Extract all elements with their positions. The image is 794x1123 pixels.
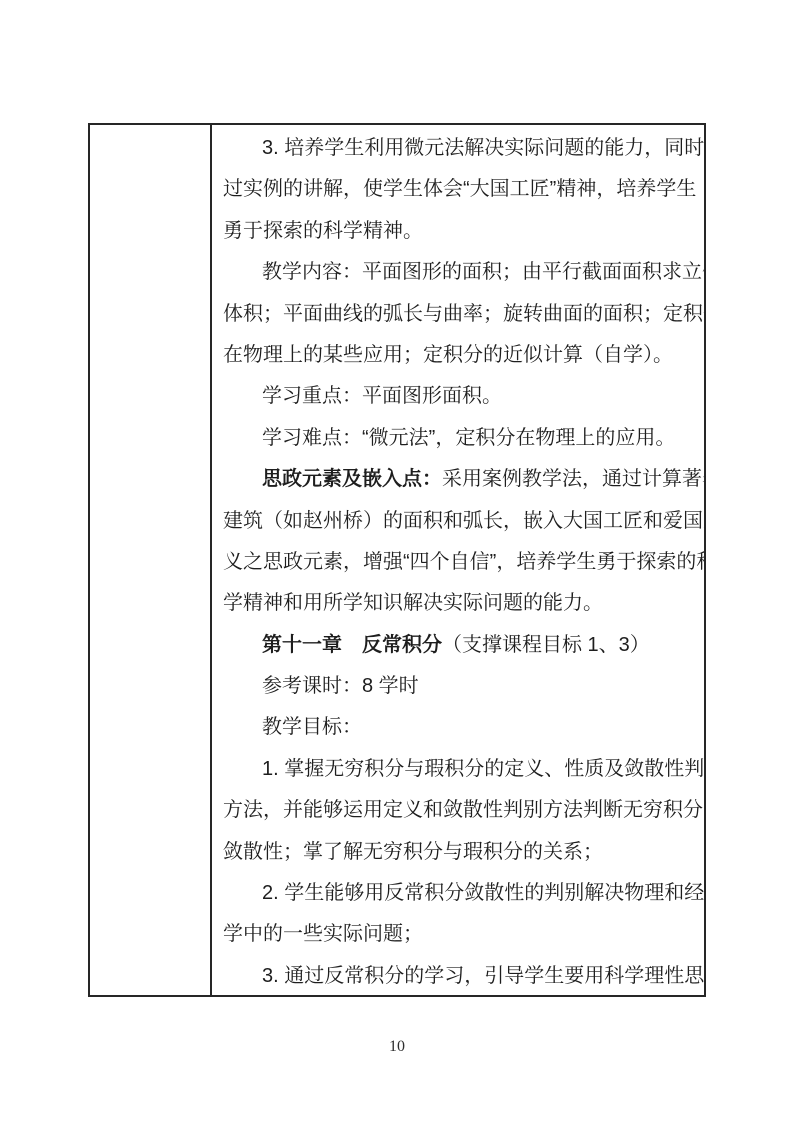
text-line: 教学目标：	[223, 707, 694, 748]
text-line: 第十一章 反常积分（支撑课程目标 1、3）	[223, 625, 694, 666]
text-run: 3. 培养学生利用微元法解决实际问题的能力，同时通	[262, 137, 704, 159]
text-line: 勇于探索的科学精神。	[223, 211, 694, 252]
document-page: 3. 培养学生利用微元法解决实际问题的能力，同时通过实例的讲解，使学生体会“大国…	[0, 0, 794, 1123]
text-run: 教学内容：平面图形的面积；由平行截面面积求立体	[262, 261, 704, 283]
text-line: 学习难点：“微元法”，定积分在物理上的应用。	[223, 418, 694, 459]
text-run: 学习难点：“微元法”，定积分在物理上的应用。	[262, 427, 675, 449]
text-run: 教学目标：	[262, 716, 362, 738]
text-run: 敛散性；掌了解无穷积分与瑕积分的关系；	[223, 841, 603, 863]
text-line: 学习重点：平面图形面积。	[223, 376, 694, 417]
text-line: 思政元素及嵌入点：采用案例教学法，通过计算著名	[223, 459, 694, 500]
text-run: 过实例的讲解，使学生体会“大国工匠”精神，培养学生	[223, 178, 696, 200]
text-line: 学中的一些实际问题；	[223, 914, 694, 955]
text-run: 参考课时：8 学时	[262, 675, 419, 697]
text-line: 1. 掌握无穷积分与瑕积分的定义、性质及敛散性判别	[223, 749, 694, 790]
text-line: 教学内容：平面图形的面积；由平行截面面积求立体	[223, 252, 694, 293]
text-run: 体积；平面曲线的弧长与曲率；旋转曲面的面积；定积分	[223, 303, 704, 325]
text-line: 敛散性；掌了解无穷积分与瑕积分的关系；	[223, 832, 694, 873]
text-line: 学精神和用所学知识解决实际问题的能力。	[223, 583, 694, 624]
text-run: 学中的一些实际问题；	[223, 923, 423, 945]
text-line: 方法，并能够运用定义和敛散性判别方法判断无穷积分的	[223, 790, 694, 831]
text-line: 建筑（如赵州桥）的面积和弧长，嵌入大国工匠和爱国主	[223, 501, 694, 542]
text-run: 方法，并能够运用定义和敛散性判别方法判断无穷积分的	[223, 799, 704, 821]
page-number: 10	[0, 1038, 794, 1056]
text-run: 3. 通过反常积分的学习，引导学生要用科学理性思维	[262, 965, 704, 987]
text-line: 3. 通过反常积分的学习，引导学生要用科学理性思维	[223, 956, 694, 995]
text-run: 2. 学生能够用反常积分敛散性的判别解决物理和经济	[262, 882, 704, 904]
text-line: 参考课时：8 学时	[223, 666, 694, 707]
text-line: 体积；平面曲线的弧长与曲率；旋转曲面的面积；定积分	[223, 294, 694, 335]
text-run: 勇于探索的科学精神。	[223, 220, 423, 242]
text-run: （支撑课程目标 1、3）	[442, 634, 650, 656]
text-run: 1. 掌握无穷积分与瑕积分的定义、性质及敛散性判别	[262, 758, 704, 780]
text-line: 3. 培养学生利用微元法解决实际问题的能力，同时通	[223, 128, 694, 169]
text-run: 学习重点：平面图形面积。	[262, 385, 502, 407]
text-line: 在物理上的某些应用；定积分的近似计算（自学）。	[223, 335, 694, 376]
bold-text-run: 第十一章 反常积分	[262, 634, 442, 656]
text-run: 采用案例教学法，通过计算著名	[442, 468, 704, 490]
text-line: 2. 学生能够用反常积分敛散性的判别解决物理和经济	[223, 873, 694, 914]
text-run: 学精神和用所学知识解决实际问题的能力。	[223, 592, 603, 614]
text-run: 建筑（如赵州桥）的面积和弧长，嵌入大国工匠和爱国主	[223, 510, 704, 532]
bold-text-run: 思政元素及嵌入点：	[262, 468, 442, 490]
table-cell-left	[90, 125, 212, 995]
text-line: 义之思政元素，增强“四个自信”，培养学生勇于探索的科	[223, 542, 694, 583]
table-cell-right: 3. 培养学生利用微元法解决实际问题的能力，同时通过实例的讲解，使学生体会“大国…	[212, 125, 704, 995]
syllabus-table: 3. 培养学生利用微元法解决实际问题的能力，同时通过实例的讲解，使学生体会“大国…	[88, 123, 706, 997]
text-run: 在物理上的某些应用；定积分的近似计算（自学）。	[223, 344, 673, 366]
text-run: 义之思政元素，增强“四个自信”，培养学生勇于探索的科	[223, 551, 704, 573]
text-line: 过实例的讲解，使学生体会“大国工匠”精神，培养学生	[223, 169, 694, 210]
